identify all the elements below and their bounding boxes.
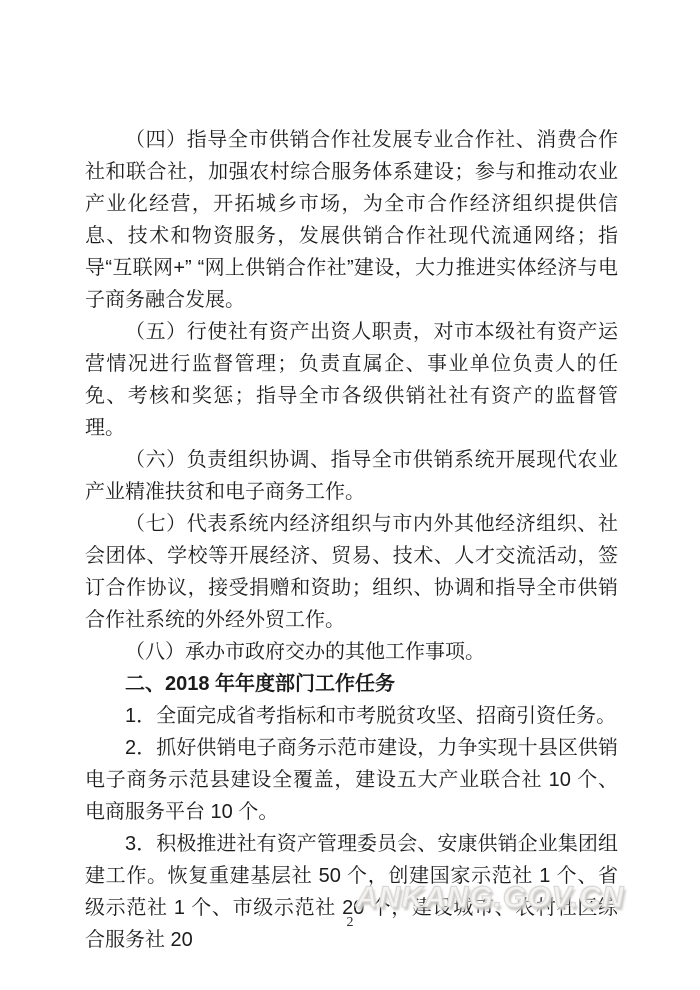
document-page: （四）指导全市供销合作社发展专业合作社、消费合作社和联合社，加强农村综合服务体系… <box>0 0 700 990</box>
clause-7-paragraph: （七）代表系统内经济组织与市内外其他经济组织、社会团体、学校等开展经济、贸易、技… <box>85 508 618 636</box>
document-body: （四）指导全市供销合作社发展专业合作社、消费合作社和联合社，加强农村综合服务体系… <box>85 124 618 956</box>
page-number: 2 <box>0 915 700 931</box>
clause-8-paragraph: （八）承办市政府交办的其他工作事项。 <box>85 636 618 668</box>
clause-5-paragraph: （五）行使社有资产出资人职责，对市本级社有资产运营情况进行监督管理；负责直属企、… <box>85 316 618 444</box>
task-2-paragraph: 2．抓好供销电子商务示范市建设，力争实现十县区供销电子商务示范县建设全覆盖，建设… <box>85 732 618 828</box>
clause-4-paragraph: （四）指导全市供销合作社发展专业合作社、消费合作社和联合社，加强农村综合服务体系… <box>85 124 618 316</box>
clause-6-paragraph: （六）负责组织协调、指导全市供销系统开展现代农业产业精准扶贫和电子商务工作。 <box>85 444 618 508</box>
task-1-paragraph: 1．全面完成省考指标和市考脱贫攻坚、招商引资任务。 <box>85 700 618 732</box>
site-watermark: ANKANG.GOV.CN <box>356 881 625 915</box>
section-2-heading: 二、2018 年年度部门工作任务 <box>85 668 618 700</box>
